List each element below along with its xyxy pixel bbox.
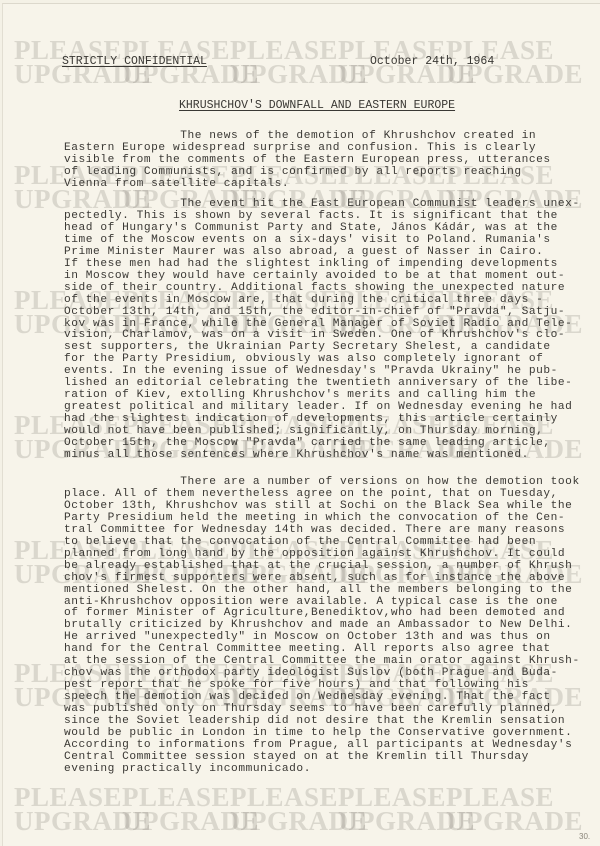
paragraph-1: The news of the demotion of Khrushchov c… bbox=[64, 131, 600, 191]
paragraph-3: There are a number of versions on how th… bbox=[64, 477, 600, 776]
page-number: 30. bbox=[579, 832, 590, 841]
document-title: KHRUSHCHOV'S DOWNFALL AND EASTERN EUROPE bbox=[179, 99, 455, 112]
document-date: October 24th, 1964 bbox=[370, 55, 494, 68]
paragraph-2: The event hit the East European Communis… bbox=[64, 199, 600, 462]
document: STRICTLY CONFIDENTIAL October 24th, 1964… bbox=[0, 0, 600, 846]
classification-label: STRICTLY CONFIDENTIAL bbox=[62, 55, 207, 68]
